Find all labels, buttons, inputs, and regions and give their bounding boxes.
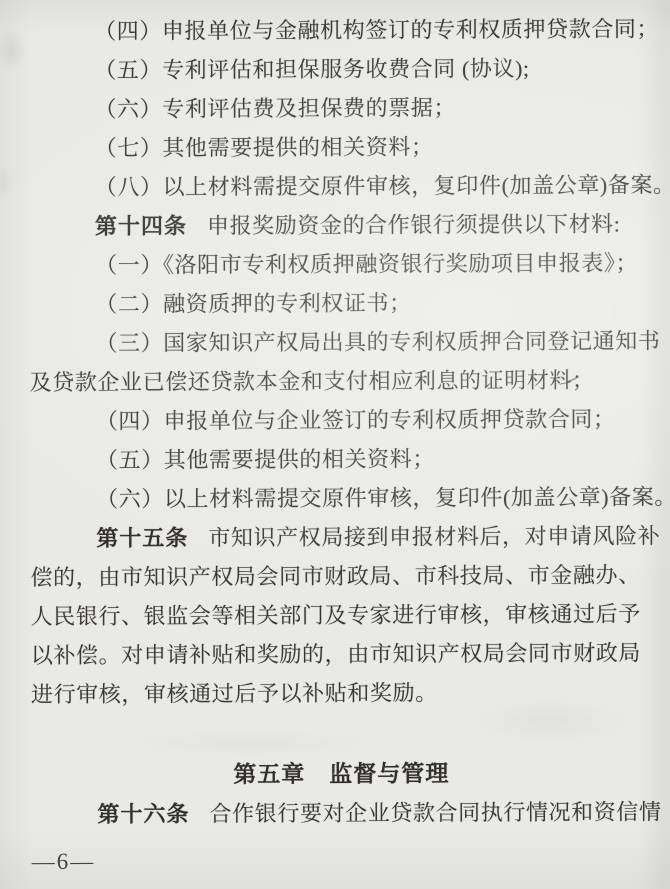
article-number: 第十六条 (97, 801, 189, 826)
scanned-document-page: （四）申报单位与金融机构签订的专利权质押贷款合同； （五）专利评估和担保服务收费… (0, 0, 670, 889)
chapter-title: 监督与管理 (329, 760, 449, 787)
chapter-heading: 第五章监督与管理 (31, 753, 651, 795)
paragraph-line: 以补偿。对申请补贴和奖励的，由市知识产权局会同市财政局 (31, 633, 651, 675)
article-text: 市知识产权局接到申报材料后，对申请风险补 (208, 523, 660, 550)
article-number: 第十四条 (95, 213, 187, 238)
scan-smudge (0, 28, 26, 72)
list-item: （六）以上材料需提交原件审核，复印件(加盖公章)备案。 (30, 477, 650, 519)
scan-smudge (0, 165, 12, 199)
list-item: （二）融资质押的专利权证书； (29, 282, 649, 324)
list-item: （四）申报单位与企业签订的专利权质押贷款合同； (30, 399, 650, 441)
paragraph-line: 进行审核，审核通过后予以补贴和奖励。 (31, 672, 651, 714)
article-number: 第十五条 (96, 525, 188, 550)
article-heading: 第十五条市知识产权局接到申报材料后，对申请风险补 (30, 516, 650, 558)
list-item: （七）其他需要提供的相关资料； (29, 126, 649, 168)
list-item: （五）其他需要提供的相关资料； (30, 438, 650, 480)
list-item: （一）《洛阳市专利权质押融资银行奖励项目申报表》； (29, 243, 649, 285)
article-text: 合作银行要对企业贷款合同执行情况和资信情 (209, 799, 661, 826)
paragraph-line: 人民银行、银监会等相关部门及专家进行审核，审核通过后予 (31, 594, 651, 636)
list-item: （八）以上材料需提交原件审核，复印件(加盖公章)备案。 (29, 165, 649, 207)
article-heading: 第十六条合作银行要对企业贷款合同执行情况和资信情 (31, 792, 651, 834)
paragraph-line: 偿的，由市知识产权局会同市财政局、市科技局、市金融办、 (30, 555, 650, 597)
list-item: （三）国家知识产权局出具的专利权质押合同登记通知书 (29, 321, 649, 363)
chapter-number: 第五章 (233, 761, 305, 787)
article-text: 申报奖励资金的合作银行须提供以下材料: (207, 211, 621, 238)
list-item: （六）专利评估费及担保费的票据； (28, 87, 648, 129)
document-body: （四）申报单位与金融机构签订的专利权质押贷款合同； （五）专利评估和担保服务收费… (28, 9, 652, 877)
page-number: —6— (32, 844, 652, 877)
list-item: （五）专利评估和担保服务收费合同 (协议); (28, 48, 648, 90)
list-item: （四）申报单位与金融机构签订的专利权质押贷款合同； (28, 9, 648, 51)
list-item-continuation: 及贷款企业已偿还贷款本金和支付相应利息的证明材料； (30, 360, 650, 402)
article-heading: 第十四条申报奖励资金的合作银行须提供以下材料: (29, 204, 649, 246)
